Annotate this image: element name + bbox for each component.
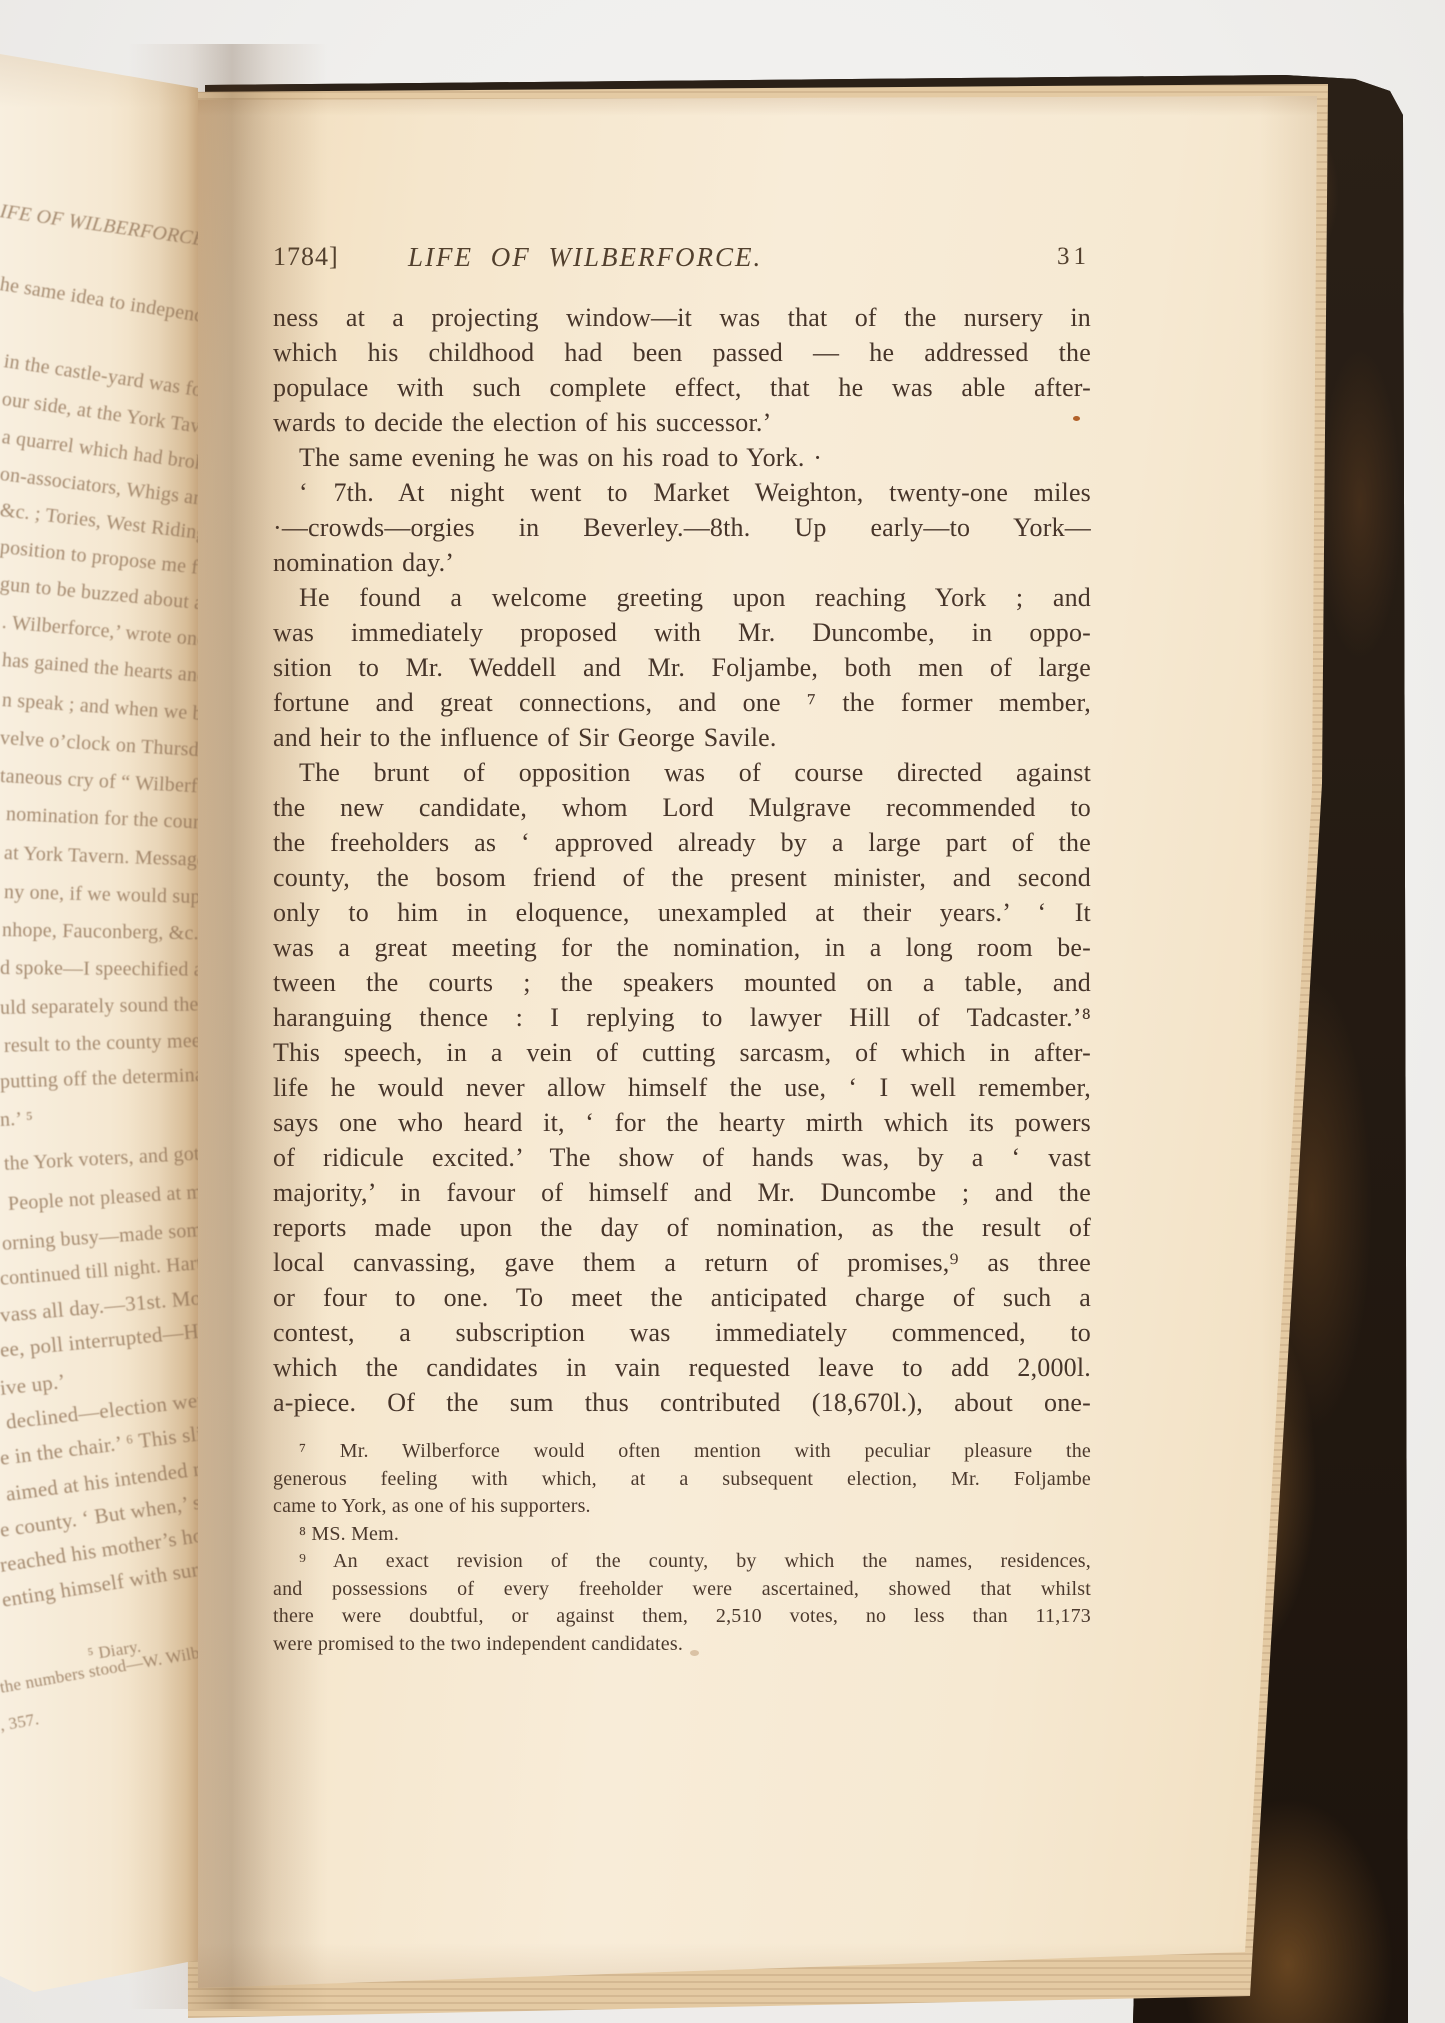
left-page-text-fragment: IFE OF WILBERFORCE. [0, 200, 198, 252]
body-text-line: was immediately proposed with Mr. Duncom… [273, 615, 1091, 650]
body-text-line: only to him in eloquence, unexampled at … [273, 895, 1091, 930]
body-text-line: which the candidates in vain requested l… [273, 1350, 1091, 1385]
right-page: 1784] LIFE OF WILBERFORCE. 31 ness at a … [190, 90, 1330, 1998]
body-text-line: local canvassing, gave them a return of … [273, 1245, 1091, 1280]
footnote-line: ⁹ An exact revision of the county, by wh… [273, 1548, 1091, 1576]
header-year: 1784] [273, 236, 339, 278]
body-text-line: The same evening he was on his road to Y… [273, 440, 1091, 475]
footnote-line: came to York, as one of his supporters. [273, 1493, 1091, 1521]
page-fleck [1073, 416, 1080, 421]
body-text-line: tween the courts ; the speakers mounted … [273, 965, 1091, 1000]
header-page-number: 31 [1057, 236, 1090, 278]
body-text-line: wards to decide the election of his succ… [273, 405, 1091, 440]
left-page-text-fragment: ny one, if we would suppo [4, 881, 198, 910]
body-text-line: He found a welcome greeting upon reachin… [273, 580, 1091, 615]
left-page: IFE OF WILBERFORCE.he same idea to indep… [0, 48, 198, 1993]
left-page-text-fragment: ive up.’ [0, 1369, 67, 1401]
body-text-line: ·—crowds—orgies in Beverley.—8th. Up ear… [273, 510, 1091, 545]
body-text-line: fortune and great connections, and one ⁷… [273, 685, 1091, 720]
body-text-line: contest, a subscription was immediately … [273, 1315, 1091, 1350]
footnote-line: and possessions of every freeholder were… [273, 1576, 1091, 1604]
body-text-line: and heir to the influence of Sir George … [273, 720, 1091, 755]
footnotes: ⁷ Mr. Wilberforce would often mention wi… [273, 1438, 1091, 1658]
left-page-text-fragment: result to the county meeting [4, 1029, 198, 1058]
book-photograph: 1784] LIFE OF WILBERFORCE. 31 ness at a … [0, 0, 1445, 2023]
body-text-line: or four to one. To meet the anticipated … [273, 1280, 1091, 1315]
left-page-text-fragment: nomination for the county.’ [5, 803, 198, 836]
body-text-line: haranguing thence : I replying to lawyer… [273, 1000, 1091, 1035]
footnote-line: were promised to the two independent can… [273, 1631, 1091, 1659]
left-page-text-fragment: d spoke—I speechified again— [0, 957, 198, 982]
footnote-line: there were doubtful, or against them, 2,… [273, 1603, 1091, 1631]
left-page-text-fragment: n speak ; and when we broke [1, 689, 198, 729]
left-page-text-fragment: velve o’clock on Thursday nig [0, 727, 198, 765]
left-page-text-fragment: putting off the determination co [0, 1062, 198, 1094]
header-title: LIFE OF WILBERFORCE. [408, 236, 762, 278]
left-page-text-fragment: has gained the hearts and adm [1, 649, 198, 691]
body-text-line: ‘ 7th. At night went to Market Weighton,… [273, 475, 1091, 510]
left-page-text-fragment: continued till night. Hartley d [0, 1249, 198, 1291]
body-text-line: reports made upon the day of nomination,… [273, 1210, 1091, 1245]
left-page-text-fragment: . Wilberforce,’ wrote one of [1, 611, 198, 654]
left-page-text-fragment: nhope, Fauconberg, &c. men [2, 919, 198, 946]
body-text-line: This speech, in a vein of cutting sarcas… [273, 1035, 1091, 1070]
left-page-text-fragment: uld separately sound their ne [0, 993, 198, 1020]
body-text: ness at a projecting window—it was that … [273, 300, 1091, 1420]
body-text-line: the freeholders as ‘ approved already by… [273, 825, 1091, 860]
body-text-line: populace with such complete effect, that… [273, 370, 1091, 405]
body-text-line: says one who heard it, ‘ for the hearty … [273, 1105, 1091, 1140]
body-text-line: of ridicule excited.’ The show of hands … [273, 1140, 1091, 1175]
left-page-text-fragment: taneous cry of “ Wilberforce an [0, 765, 198, 801]
body-text-line: sition to Mr. Weddell and Mr. Foljambe, … [273, 650, 1091, 685]
left-page-text-fragment: orning busy—made some call [1, 1216, 198, 1256]
left-page-text-fragment: n.’ ⁵ [0, 1108, 34, 1132]
body-text-line: majority,’ in favour of himself and Mr. … [273, 1175, 1091, 1210]
footnote-line: ⁷ Mr. Wilberforce would often mention wi… [273, 1438, 1091, 1466]
body-text-line: county, the bosom friend of the present … [273, 860, 1091, 895]
footnote-line: generous feeling with which, at a subseq… [273, 1466, 1091, 1494]
body-text-line: The brunt of opposition was of course di… [273, 755, 1091, 790]
body-text-line: which his childhood had been passed — he… [273, 335, 1091, 370]
footnote-line: ⁸ MS. Mem. [273, 1521, 1091, 1549]
body-text-line: was a great meeting for the nomination, … [273, 930, 1091, 965]
page-header: 1784] LIFE OF WILBERFORCE. 31 [190, 236, 1330, 278]
body-text-line: nomination day.’ [273, 545, 1091, 580]
body-text-line: a-piece. Of the sum thus contributed (18… [273, 1385, 1091, 1420]
body-text-line: ness at a projecting window—it was that … [273, 300, 1091, 335]
left-page-text-fragment: People not pleased at my no [7, 1179, 198, 1216]
page-fleck [690, 1650, 699, 1656]
left-page-text-fragment: the York voters, and got the [3, 1141, 198, 1176]
left-page-text-fragment: at York Tavern. Message from [4, 842, 198, 874]
body-text-line: the new candidate, whom Lord Mulgrave re… [273, 790, 1091, 825]
left-page-text-fragment: , 357. [0, 1709, 41, 1736]
body-text-line: life he would never allow himself the us… [273, 1070, 1091, 1105]
left-page-text-fragment: he same idea to independent me [0, 273, 198, 337]
